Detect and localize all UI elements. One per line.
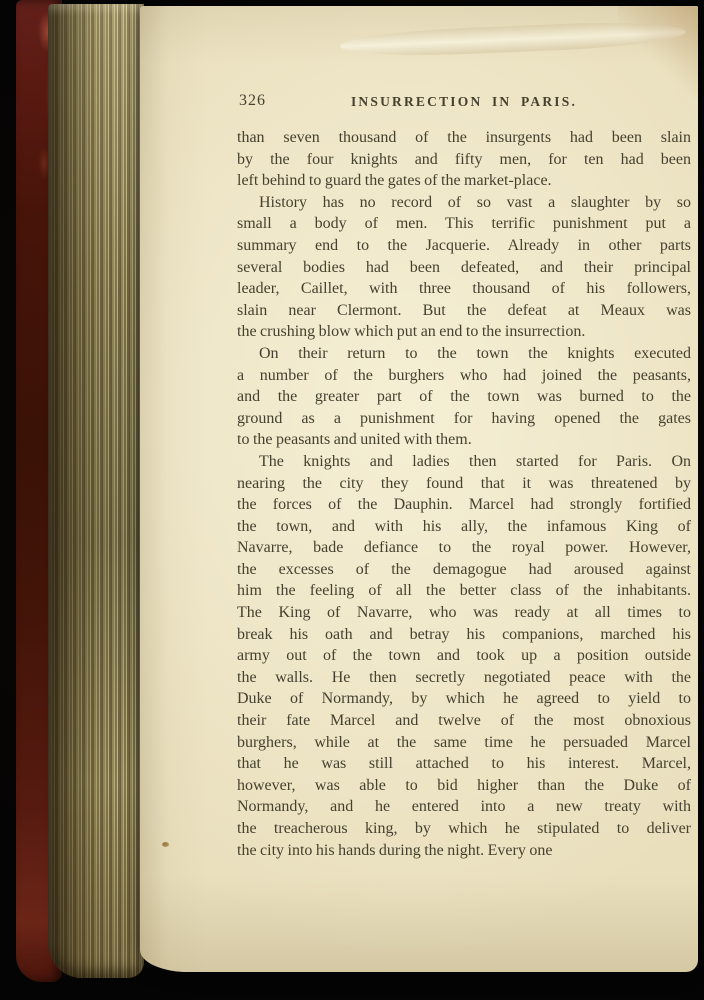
text-line: than seven thousand of the insurgents ha… bbox=[237, 127, 691, 149]
text-line: small a body of men. This terrific punis… bbox=[237, 213, 691, 235]
text-line: nearing the city they found that it was … bbox=[237, 473, 691, 495]
text-line: several bodies had been defeated, and th… bbox=[237, 257, 691, 279]
text-line: him the feeling of all the better class … bbox=[237, 580, 691, 602]
text-line: the town, and with his ally, the infamou… bbox=[237, 516, 691, 538]
text-line: left behind to guard the gates of the ma… bbox=[237, 170, 691, 192]
text-line: the excesses of the demagogue had arouse… bbox=[237, 559, 691, 581]
text-line: the walls. He then secretly negotiated p… bbox=[237, 667, 691, 689]
page-text: than seven thousand of the insurgents ha… bbox=[237, 127, 691, 861]
text-line: to the peasants and united with them. bbox=[237, 429, 691, 451]
text-line: and the greater part of the town was bur… bbox=[237, 386, 691, 408]
text-line: that he was still attached to his intere… bbox=[237, 753, 691, 775]
text-line: burghers, while at the same time he pers… bbox=[237, 732, 691, 754]
page-edges-stack bbox=[48, 4, 144, 978]
text-line: ground as a punishment for having opened… bbox=[237, 408, 691, 430]
text-line: their fate Marcel and twelve of the most… bbox=[237, 710, 691, 732]
book-page: 326 INSURRECTION IN PARIS. than seven th… bbox=[140, 6, 698, 972]
text-line: the forces of the Dauphin. Marcel had st… bbox=[237, 494, 691, 516]
page-corner-shadow bbox=[618, 6, 698, 106]
text-line: History has no record of so vast a slaug… bbox=[237, 192, 691, 214]
text-line: a number of the burghers who had joined … bbox=[237, 365, 691, 387]
paragraph: The knights and ladies then started for … bbox=[237, 451, 691, 861]
text-line: The knights and ladies then started for … bbox=[237, 451, 691, 473]
text-line: Navarre, bade defiance to the royal powe… bbox=[237, 537, 691, 559]
text-line: The King of Navarre, who was ready at al… bbox=[237, 602, 691, 624]
text-line: leader, Caillet, with three thousand of … bbox=[237, 278, 691, 300]
text-line: the crushing blow which put an end to th… bbox=[237, 321, 691, 343]
paragraph: On their return to the town the knights … bbox=[237, 343, 691, 451]
text-line: break his oath and betray his companions… bbox=[237, 624, 691, 646]
text-line: summary end to the Jacquerie. Already in… bbox=[237, 235, 691, 257]
paper-speck bbox=[162, 842, 169, 847]
text-line: On their return to the town the knights … bbox=[237, 343, 691, 365]
text-line: the treacherous king, by which he stipul… bbox=[237, 818, 691, 840]
text-line: the city into his hands during the night… bbox=[237, 840, 691, 862]
text-line: by the four knights and fifty men, for t… bbox=[237, 149, 691, 171]
text-line: Duke of Normandy, by which he agreed to … bbox=[237, 688, 691, 710]
text-line: slain near Clermont. But the defeat at M… bbox=[237, 300, 691, 322]
text-line: Normandy, and he entered into a new trea… bbox=[237, 796, 691, 818]
paragraph: than seven thousand of the insurgents ha… bbox=[237, 127, 691, 192]
paragraph: History has no record of so vast a slaug… bbox=[237, 192, 691, 343]
running-title: INSURRECTION IN PARIS. bbox=[237, 94, 691, 110]
text-line: army out of the town and took up a posit… bbox=[237, 645, 691, 667]
book-photo: 326 INSURRECTION IN PARIS. than seven th… bbox=[0, 0, 704, 1000]
text-line: however, was able to bid higher than the… bbox=[237, 775, 691, 797]
page-header: 326 INSURRECTION IN PARIS. bbox=[237, 92, 691, 112]
